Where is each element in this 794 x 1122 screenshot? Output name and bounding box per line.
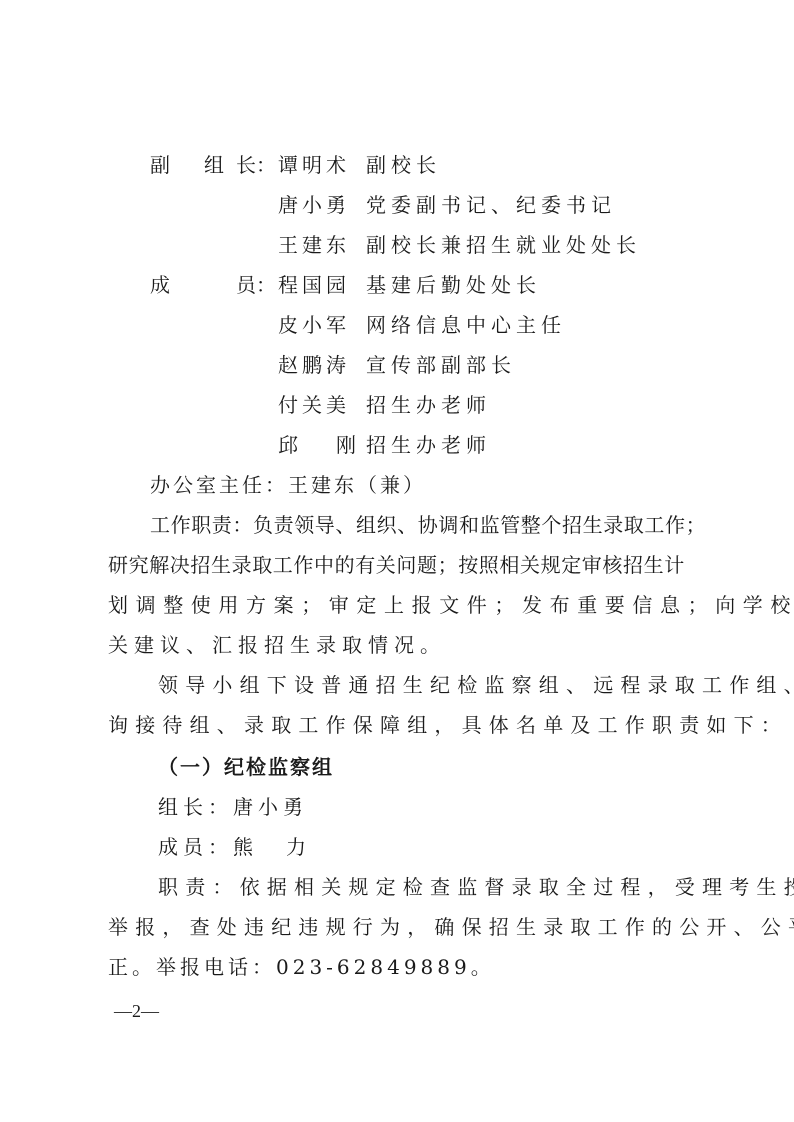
duties-line: 研究解决招生录取工作中的有关问题；按照相关规定审核招生计 — [108, 551, 685, 579]
deputy-leader-title: 副校长兼招生就业处处长 — [366, 231, 641, 259]
subgroups-intro-line: 领导小组下设普通招生纪检监察组、远程录取工作组、咨 — [158, 671, 794, 699]
page-number: —2— — [114, 998, 159, 1024]
subgroups-intro-line: 询接待组、录取工作保障组，具体名单及工作职责如下： — [108, 711, 788, 739]
section-heading: （一）纪检监察组 — [158, 753, 334, 781]
member-name: 付关美 — [278, 391, 358, 419]
duties-line: 划调整使用方案；审定上报文件；发布重要信息；向学校提出相 — [108, 591, 794, 619]
member-char: 熊 — [233, 835, 258, 859]
member-title: 宣传部副部长 — [366, 351, 516, 379]
document-page: 副 组 长： 谭明术 副校长 唐小勇 党委副书记、纪委书记 王建东 副校长兼招生… — [0, 0, 794, 1122]
name-char: 邱 — [278, 431, 298, 459]
member-title: 招生办老师 — [366, 391, 491, 419]
member-char: 力 — [286, 835, 311, 859]
label-char: 副 — [150, 151, 170, 179]
deputy-leader-title: 党委副书记、纪委书记 — [366, 191, 616, 219]
name-char: 刚 — [336, 431, 356, 459]
deputy-leader-title: 副校长 — [366, 151, 441, 179]
deputy-leader-name: 王建东 — [278, 231, 358, 259]
section-duty-line: 职责：依据相关规定检查监督录取全过程，受理考生投诉 — [158, 873, 794, 901]
member-title: 招生办老师 — [366, 431, 491, 459]
deputy-leader-name: 唐小勇 — [278, 191, 358, 219]
member-name: 赵鹏涛 — [278, 351, 358, 379]
section-duty-line: 正。举报电话：023-62849889。 — [108, 953, 495, 981]
label-char: 组 — [204, 151, 224, 179]
section-duty-line: 举报，查处违纪违规行为，确保招生录取工作的公开、公平和公 — [108, 913, 794, 941]
office-director: 办公室主任：王建东（兼） — [150, 471, 426, 499]
member-name: 皮小军 — [278, 311, 358, 339]
duties-line: 工作职责：负责领导、组织、协调和监管整个招生录取工作； — [150, 511, 706, 539]
label-char: 长： — [236, 151, 276, 179]
member-title: 基建后勤处处长 — [366, 271, 541, 299]
member-name: 程国园 — [278, 271, 358, 299]
section-leader: 组长：唐小勇 — [158, 793, 308, 821]
label-char: 员： — [236, 271, 276, 299]
section-members: 成员：熊力 — [158, 833, 311, 861]
member-label: 成员： — [158, 835, 233, 859]
member-title: 网络信息中心主任 — [366, 311, 566, 339]
deputy-leader-name: 谭明术 — [278, 151, 358, 179]
label-char: 成 — [150, 271, 170, 299]
duties-line: 关建议、汇报招生录取情况。 — [108, 631, 446, 659]
